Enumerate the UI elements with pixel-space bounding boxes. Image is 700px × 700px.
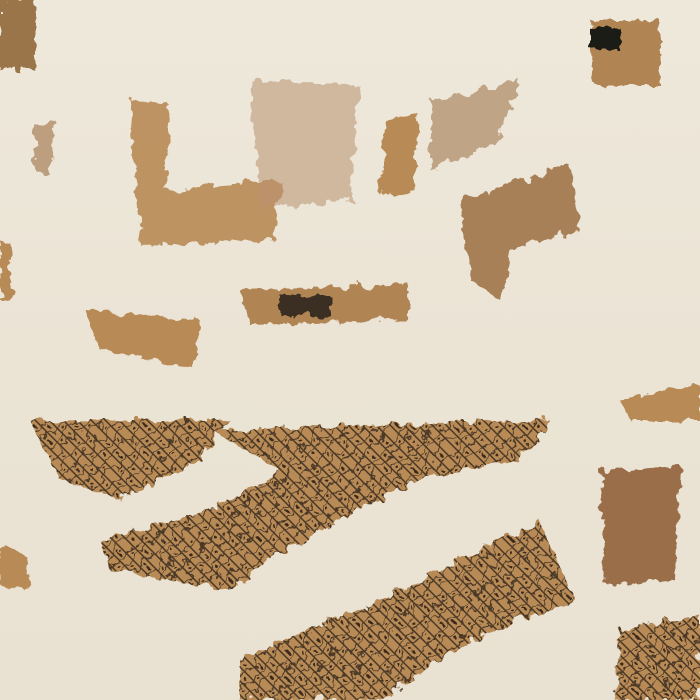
rug-texture-image [0, 0, 700, 700]
patch-top-left [0, 0, 35, 70]
rug-patches [0, 0, 700, 700]
